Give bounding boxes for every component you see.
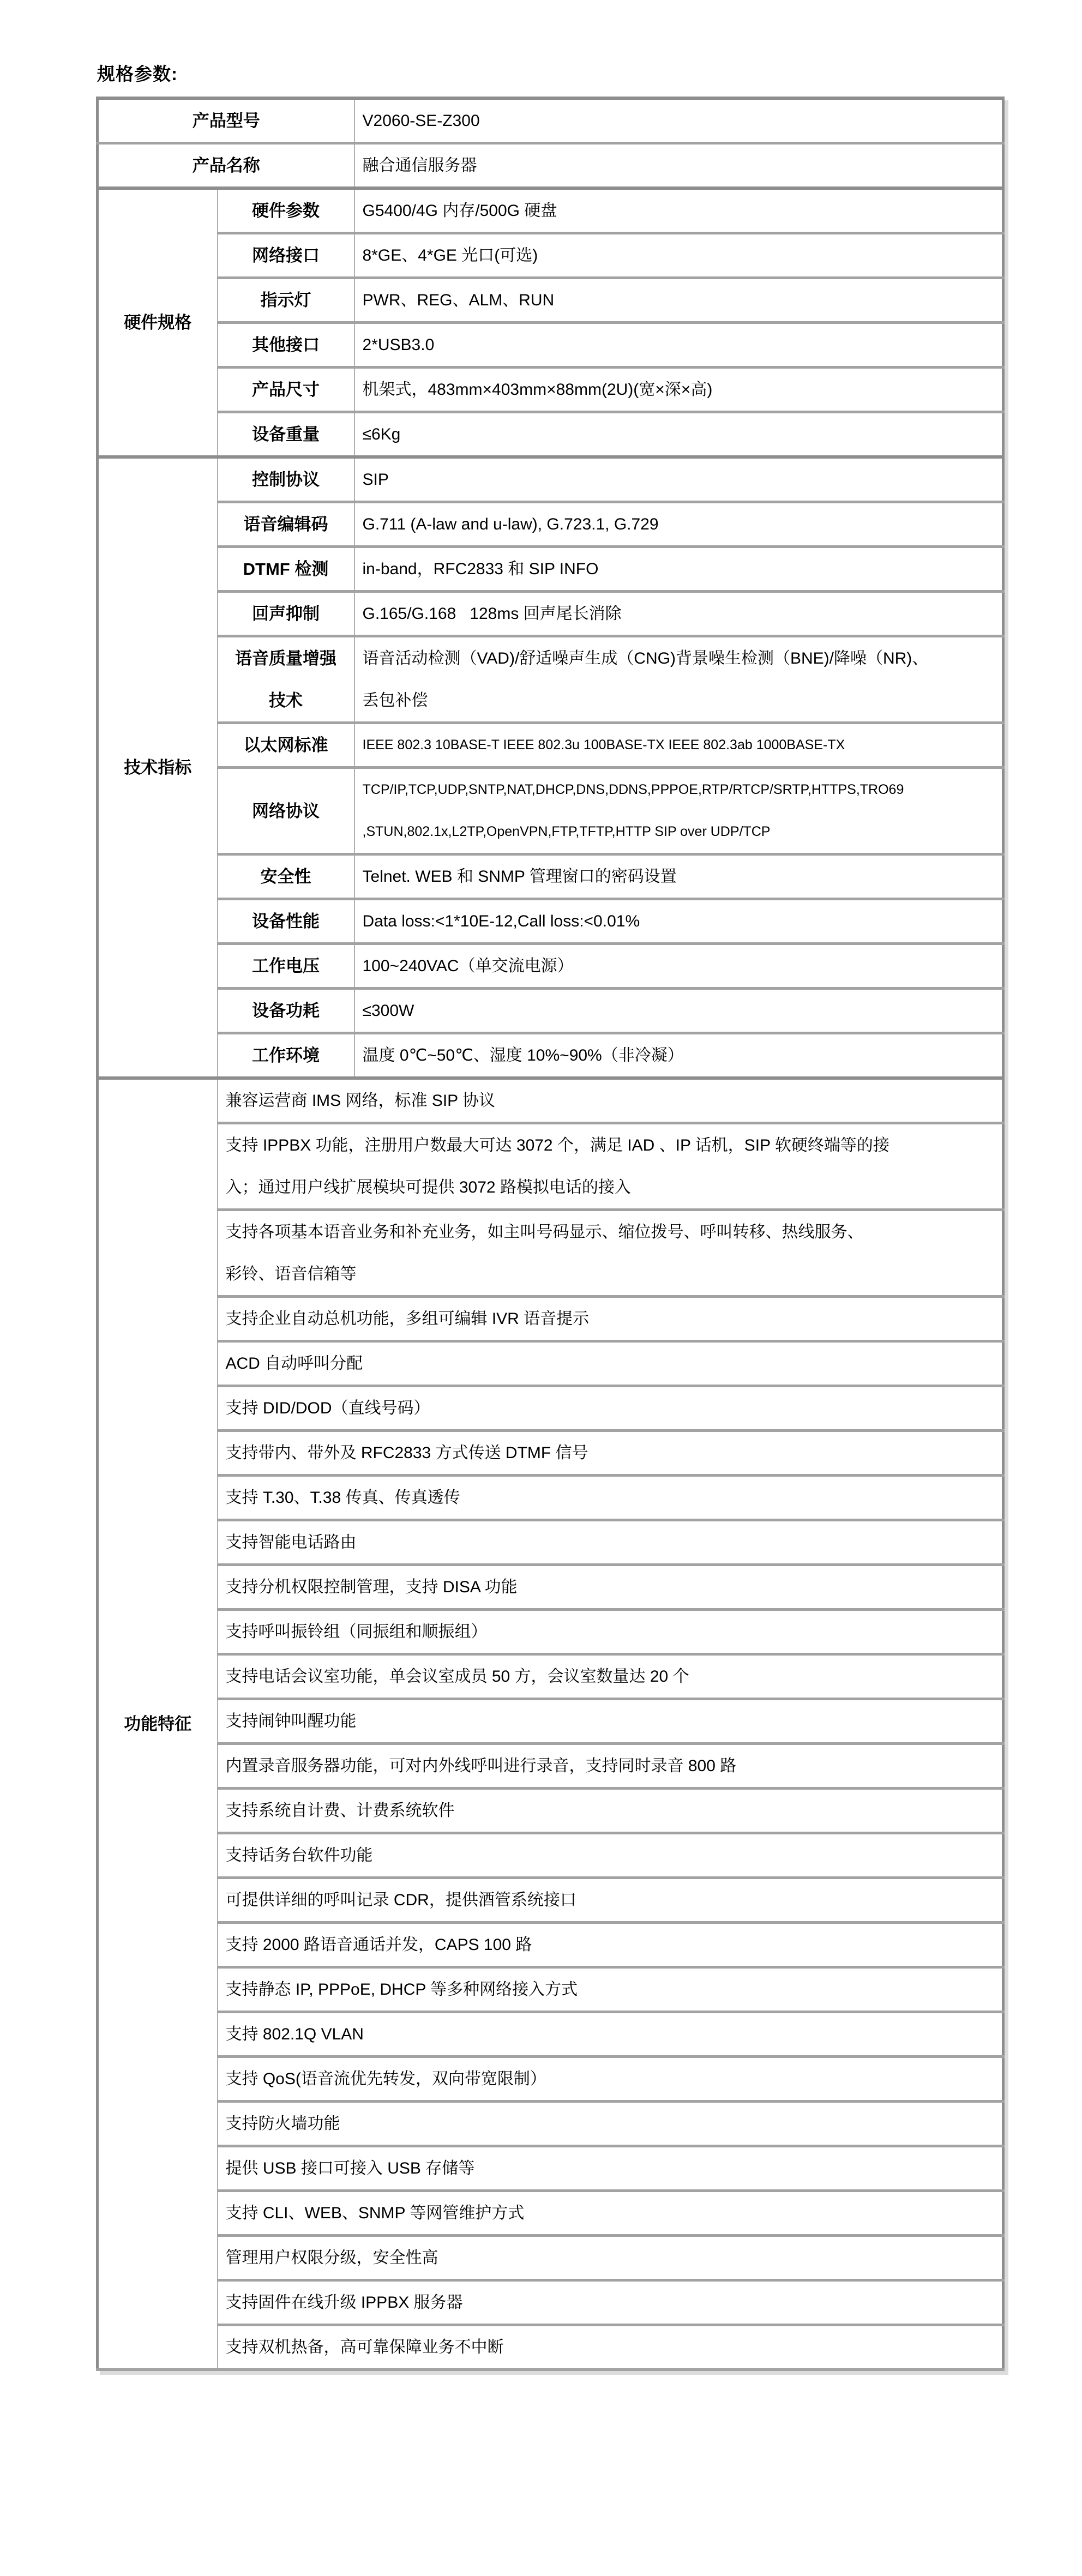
spec-table: 产品型号V2060-SE-Z300产品名称融合通信服务器硬件规格硬件参数G540… bbox=[96, 97, 1005, 2371]
table-row: 支持智能电话路由 bbox=[98, 1520, 1003, 1565]
feature-cell: 支持 DID/DOD（直线号码） bbox=[218, 1386, 1003, 1431]
spec-value-cell: SIP bbox=[354, 457, 1003, 502]
table-row: 支持 IPPBX 功能，注册用户数最大可达 3072 个，满足 IAD 、IP … bbox=[98, 1123, 1003, 1210]
table-row: 产品型号V2060-SE-Z300 bbox=[98, 98, 1003, 143]
table-row: 内置录音服务器功能，可对内外线呼叫进行录音，支持同时录音 800 路 bbox=[98, 1744, 1003, 1789]
spec-value-cell: G5400/4G 内存/500G 硬盘 bbox=[354, 188, 1003, 233]
spec-value-cell: ≤300W bbox=[354, 989, 1003, 1033]
table-row: 支持话务台软件功能 bbox=[98, 1833, 1003, 1878]
table-row: 以太网标准IEEE 802.3 10BASE-T IEEE 802.3u 100… bbox=[98, 723, 1003, 768]
table-row: 支持双机热备，高可靠保障业务不中断 bbox=[98, 2325, 1003, 2370]
feature-cell: 支持 2000 路语音通话并发，CAPS 100 路 bbox=[218, 1923, 1003, 1967]
table-row: 其他接口2*USB3.0 bbox=[98, 323, 1003, 368]
feature-cell: 支持话务台软件功能 bbox=[218, 1833, 1003, 1878]
spec-label-cell: 设备重量 bbox=[218, 412, 354, 458]
table-row: 提供 USB 接口可接入 USB 存储等 bbox=[98, 2146, 1003, 2191]
feature-cell: 支持智能电话路由 bbox=[218, 1520, 1003, 1565]
table-row: 语音编辑码G.711 (A-law and u-law), G.723.1, G… bbox=[98, 502, 1003, 547]
feature-cell: 支持 QoS(语音流优先转发，双向带宽限制） bbox=[218, 2057, 1003, 2102]
feature-cell: 内置录音服务器功能，可对内外线呼叫进行录音，支持同时录音 800 路 bbox=[218, 1744, 1003, 1789]
table-row: DTMF 检测in-band，RFC2833 和 SIP INFO bbox=[98, 547, 1003, 592]
table-row: 工作环境温度 0℃~50℃、湿度 10%~90%（非冷凝） bbox=[98, 1033, 1003, 1079]
spec-label-cell: 其他接口 bbox=[218, 323, 354, 368]
spec-label-cell: 工作环境 bbox=[218, 1033, 354, 1079]
table-row: 设备性能Data loss:<1*10E-12,Call loss:<0.01% bbox=[98, 899, 1003, 944]
table-row: 支持固件在线升级 IPPBX 服务器 bbox=[98, 2280, 1003, 2325]
feature-cell: ACD 自动呼叫分配 bbox=[218, 1341, 1003, 1386]
table-row: 设备重量≤6Kg bbox=[98, 412, 1003, 458]
table-row: 支持系统自计费、计费系统软件 bbox=[98, 1789, 1003, 1833]
spec-value-cell: 语音活动检测（VAD)/舒适噪声生成（CNG)背景噪生检测（BNE)/降噪（NR… bbox=[354, 636, 1003, 723]
table-row: 产品名称融合通信服务器 bbox=[98, 143, 1003, 189]
spec-value-cell: G.165/G.168 128ms 回声尾长消除 bbox=[354, 592, 1003, 636]
feature-cell: 支持 IPPBX 功能，注册用户数最大可达 3072 个，满足 IAD 、IP … bbox=[218, 1123, 1003, 1210]
group-label-cell: 功能特征 bbox=[98, 1078, 218, 2370]
spec-value-cell: IEEE 802.3 10BASE-T IEEE 802.3u 100BASE-… bbox=[354, 723, 1003, 768]
product-value-cell: V2060-SE-Z300 bbox=[354, 98, 1003, 143]
spec-label-cell: 语音质量增强 技术 bbox=[218, 636, 354, 723]
spec-value-cell: Data loss:<1*10E-12,Call loss:<0.01% bbox=[354, 899, 1003, 944]
spec-label-cell: 工作电压 bbox=[218, 944, 354, 989]
spec-label-cell: 控制协议 bbox=[218, 457, 354, 502]
feature-cell: 支持呼叫振铃组（同振组和顺振组） bbox=[218, 1610, 1003, 1654]
table-row: 语音质量增强 技术语音活动检测（VAD)/舒适噪声生成（CNG)背景噪生检测（B… bbox=[98, 636, 1003, 723]
table-row: 网络协议TCP/IP,TCP,UDP,SNTP,NAT,DHCP,DNS,DDN… bbox=[98, 768, 1003, 854]
spec-value-cell: 机架式，483mm×403mm×88mm(2U)(宽×深×高) bbox=[354, 368, 1003, 412]
spec-value-cell: PWR、REG、ALM、RUN bbox=[354, 278, 1003, 323]
spec-label-cell: 网络协议 bbox=[218, 768, 354, 854]
feature-cell: 支持静态 IP, PPPoE, DHCP 等多种网络接入方式 bbox=[218, 1967, 1003, 2012]
spec-value-cell: ≤6Kg bbox=[354, 412, 1003, 458]
table-row: 支持企业自动总机功能，多组可编辑 IVR 语音提示 bbox=[98, 1297, 1003, 1341]
table-row: 支持 QoS(语音流优先转发，双向带宽限制） bbox=[98, 2057, 1003, 2102]
spec-label-cell: 回声抑制 bbox=[218, 592, 354, 636]
table-row: 硬件规格硬件参数G5400/4G 内存/500G 硬盘 bbox=[98, 188, 1003, 233]
feature-cell: 支持带内、带外及 RFC2833 方式传送 DTMF 信号 bbox=[218, 1431, 1003, 1476]
spec-value-cell: in-band，RFC2833 和 SIP INFO bbox=[354, 547, 1003, 592]
group-label-cell: 技术指标 bbox=[98, 457, 218, 1078]
table-row: 产品尺寸机架式，483mm×403mm×88mm(2U)(宽×深×高) bbox=[98, 368, 1003, 412]
spec-value-cell: 100~240VAC（单交流电源） bbox=[354, 944, 1003, 989]
table-row: 支持静态 IP, PPPoE, DHCP 等多种网络接入方式 bbox=[98, 1967, 1003, 2012]
spec-value-cell: 温度 0℃~50℃、湿度 10%~90%（非冷凝） bbox=[354, 1033, 1003, 1079]
feature-cell: 支持系统自计费、计费系统软件 bbox=[218, 1789, 1003, 1833]
table-row: 技术指标控制协议SIP bbox=[98, 457, 1003, 502]
feature-cell: 支持固件在线升级 IPPBX 服务器 bbox=[218, 2280, 1003, 2325]
product-label-cell: 产品型号 bbox=[98, 98, 354, 143]
spec-value-cell: Telnet. WEB 和 SNMP 管理窗口的密码设置 bbox=[354, 854, 1003, 899]
table-row: 安全性Telnet. WEB 和 SNMP 管理窗口的密码设置 bbox=[98, 854, 1003, 899]
feature-cell: 可提供详细的呼叫记录 CDR，提供酒管系统接口 bbox=[218, 1878, 1003, 1923]
spec-label-cell: 设备性能 bbox=[218, 899, 354, 944]
spec-label-cell: DTMF 检测 bbox=[218, 547, 354, 592]
table-row: 网络接口8*GE、4*GE 光口(可选) bbox=[98, 233, 1003, 278]
table-row: 支持呼叫振铃组（同振组和顺振组） bbox=[98, 1610, 1003, 1654]
table-row: 支持电话会议室功能，单会议室成员 50 方，会议室数量达 20 个 bbox=[98, 1654, 1003, 1699]
spec-label-cell: 网络接口 bbox=[218, 233, 354, 278]
spec-label-cell: 硬件参数 bbox=[218, 188, 354, 233]
spec-label-cell: 产品尺寸 bbox=[218, 368, 354, 412]
feature-cell: 支持 802.1Q VLAN bbox=[218, 2012, 1003, 2057]
table-row: 指示灯PWR、REG、ALM、RUN bbox=[98, 278, 1003, 323]
table-row: ACD 自动呼叫分配 bbox=[98, 1341, 1003, 1386]
spec-value-cell: G.711 (A-law and u-law), G.723.1, G.729 bbox=[354, 502, 1003, 547]
table-row: 支持闹钟叫醒功能 bbox=[98, 1699, 1003, 1744]
table-row: 支持防火墙功能 bbox=[98, 2102, 1003, 2146]
group-label-cell: 硬件规格 bbox=[98, 188, 218, 457]
page-title: 规格参数: bbox=[97, 60, 178, 86]
feature-cell: 支持各项基本语音业务和补充业务，如主叫号码显示、缩位拨号、呼叫转移、热线服务、 … bbox=[218, 1210, 1003, 1297]
feature-cell: 支持分机权限控制管理，支持 DISA 功能 bbox=[218, 1565, 1003, 1610]
spec-label-cell: 设备功耗 bbox=[218, 989, 354, 1033]
table-row: 设备功耗≤300W bbox=[98, 989, 1003, 1033]
feature-cell: 支持 CLI、WEB、SNMP 等网管维护方式 bbox=[218, 2191, 1003, 2236]
feature-cell: 支持企业自动总机功能，多组可编辑 IVR 语音提示 bbox=[218, 1297, 1003, 1341]
table-row: 回声抑制G.165/G.168 128ms 回声尾长消除 bbox=[98, 592, 1003, 636]
table-row: 支持分机权限控制管理，支持 DISA 功能 bbox=[98, 1565, 1003, 1610]
table-row: 管理用户权限分级，安全性高 bbox=[98, 2236, 1003, 2280]
table-row: 支持各项基本语音业务和补充业务，如主叫号码显示、缩位拨号、呼叫转移、热线服务、 … bbox=[98, 1210, 1003, 1297]
table-row: 可提供详细的呼叫记录 CDR，提供酒管系统接口 bbox=[98, 1878, 1003, 1923]
spec-label-cell: 以太网标准 bbox=[218, 723, 354, 768]
spec-value-cell: 2*USB3.0 bbox=[354, 323, 1003, 368]
spec-label-cell: 指示灯 bbox=[218, 278, 354, 323]
feature-cell: 提供 USB 接口可接入 USB 存储等 bbox=[218, 2146, 1003, 2191]
feature-cell: 支持闹钟叫醒功能 bbox=[218, 1699, 1003, 1744]
table-row: 支持 DID/DOD（直线号码） bbox=[98, 1386, 1003, 1431]
spec-table-body: 产品型号V2060-SE-Z300产品名称融合通信服务器硬件规格硬件参数G540… bbox=[98, 98, 1003, 2370]
feature-cell: 管理用户权限分级，安全性高 bbox=[218, 2236, 1003, 2280]
feature-cell: 支持双机热备，高可靠保障业务不中断 bbox=[218, 2325, 1003, 2370]
table-row: 支持 T.30、T.38 传真、传真透传 bbox=[98, 1476, 1003, 1520]
feature-cell: 支持 T.30、T.38 传真、传真透传 bbox=[218, 1476, 1003, 1520]
spec-label-cell: 语音编辑码 bbox=[218, 502, 354, 547]
feature-cell: 支持防火墙功能 bbox=[218, 2102, 1003, 2146]
feature-cell: 支持电话会议室功能，单会议室成员 50 方，会议室数量达 20 个 bbox=[218, 1654, 1003, 1699]
table-row: 支持带内、带外及 RFC2833 方式传送 DTMF 信号 bbox=[98, 1431, 1003, 1476]
table-row: 支持 802.1Q VLAN bbox=[98, 2012, 1003, 2057]
feature-cell: 兼容运营商 IMS 网络，标准 SIP 协议 bbox=[218, 1078, 1003, 1123]
product-label-cell: 产品名称 bbox=[98, 143, 354, 189]
product-value-cell: 融合通信服务器 bbox=[354, 143, 1003, 189]
table-row: 支持 CLI、WEB、SNMP 等网管维护方式 bbox=[98, 2191, 1003, 2236]
spec-value-cell: 8*GE、4*GE 光口(可选) bbox=[354, 233, 1003, 278]
spec-value-cell: TCP/IP,TCP,UDP,SNTP,NAT,DHCP,DNS,DDNS,PP… bbox=[354, 768, 1003, 854]
spec-label-cell: 安全性 bbox=[218, 854, 354, 899]
table-row: 支持 2000 路语音通话并发，CAPS 100 路 bbox=[98, 1923, 1003, 1967]
table-row: 功能特征兼容运营商 IMS 网络，标准 SIP 协议 bbox=[98, 1078, 1003, 1123]
table-row: 工作电压100~240VAC（单交流电源） bbox=[98, 944, 1003, 989]
